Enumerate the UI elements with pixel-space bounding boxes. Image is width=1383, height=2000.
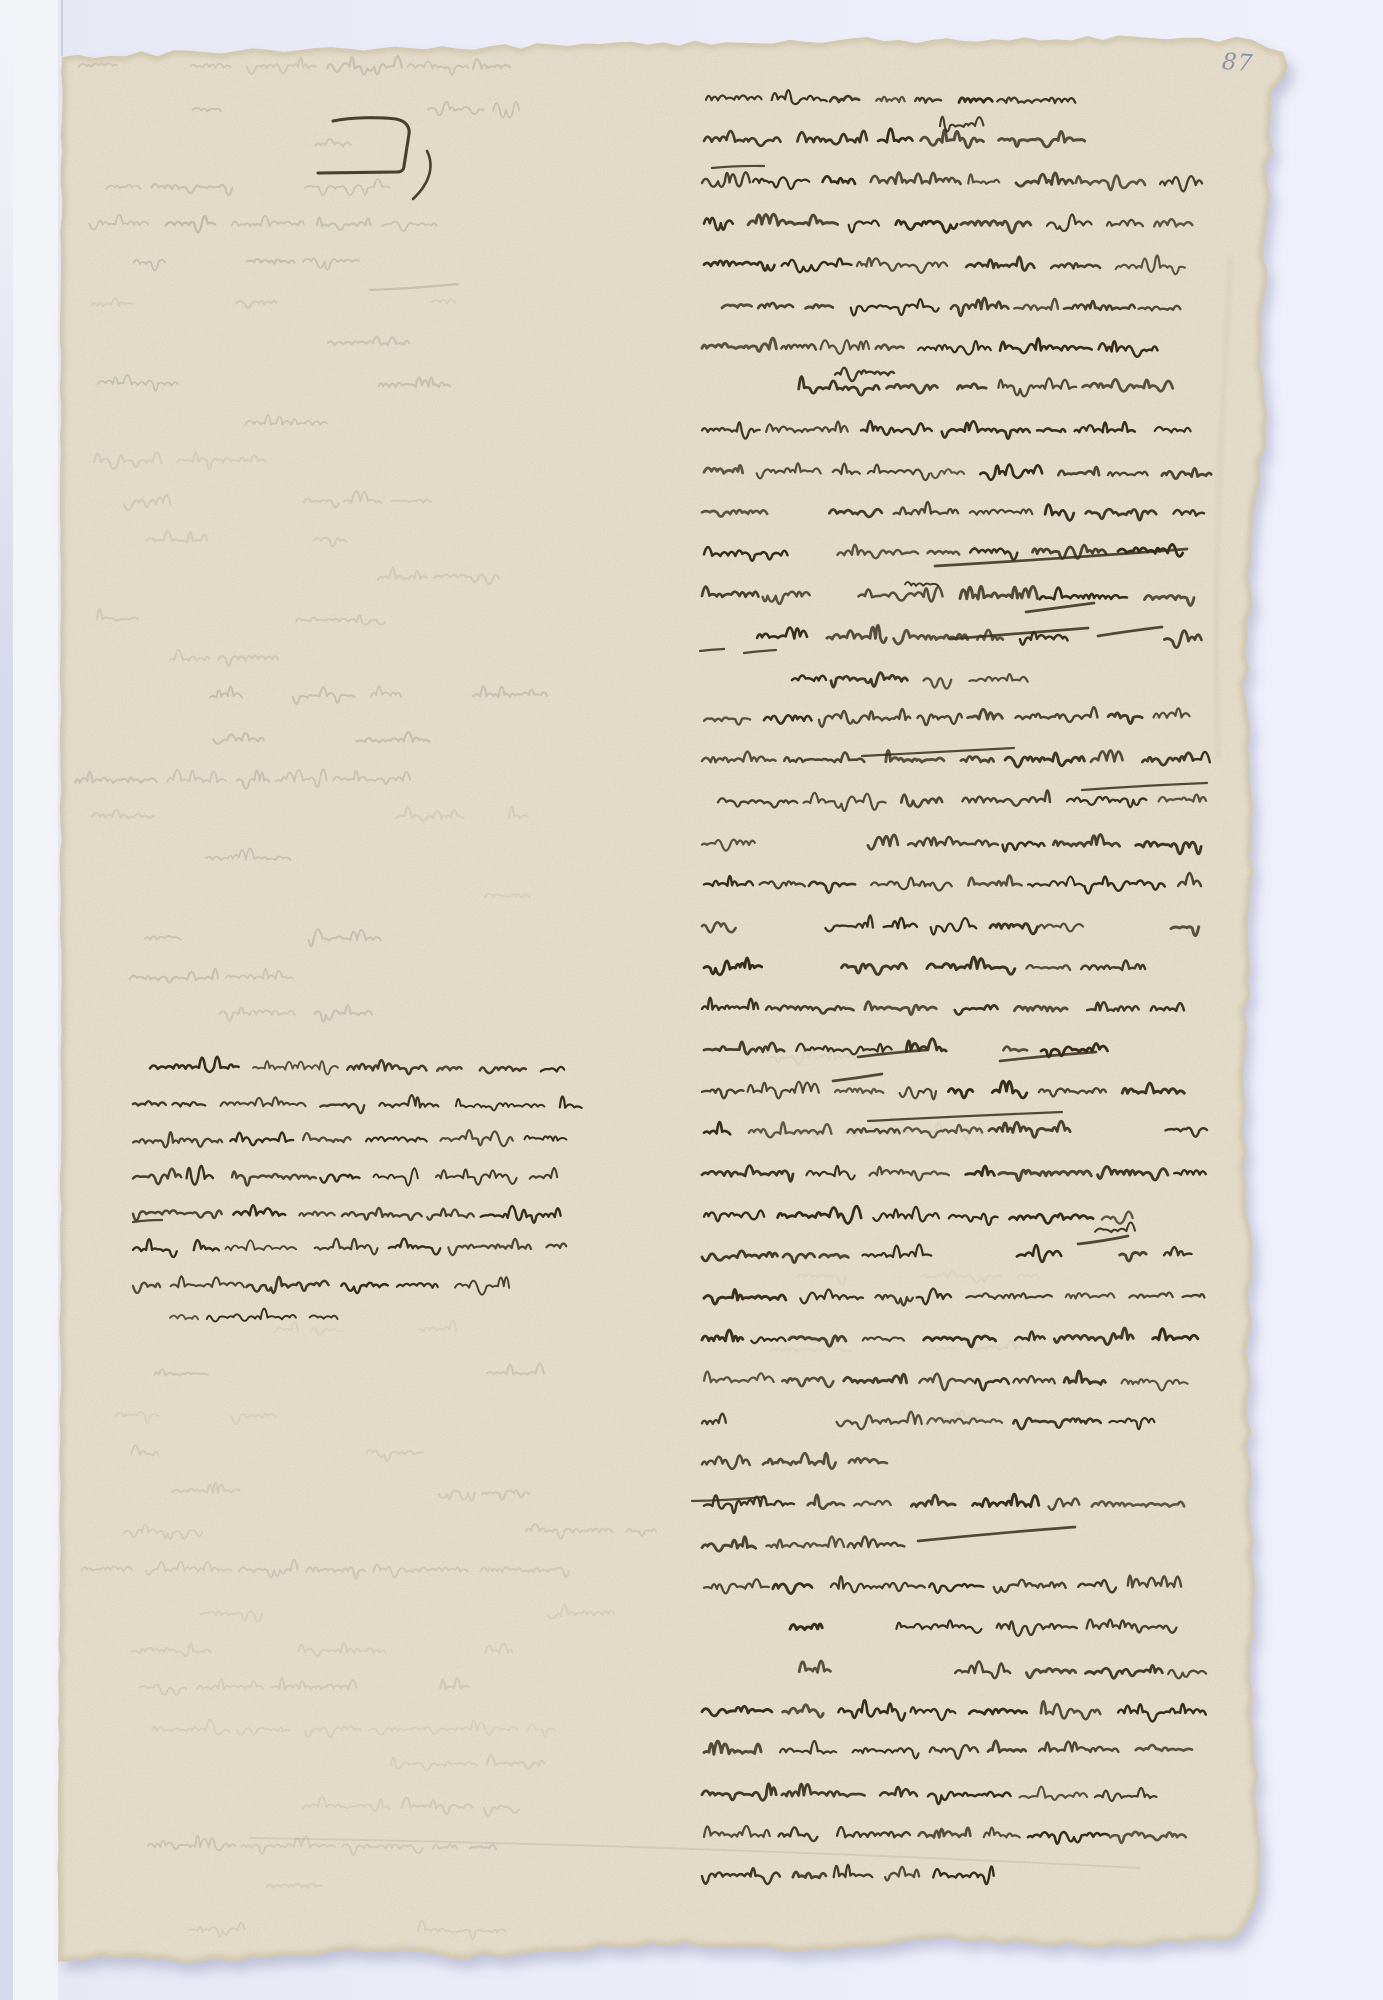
manuscript-page xyxy=(0,0,1383,2000)
paper-speckle-texture xyxy=(40,25,1310,1975)
scanned-manuscript-screenshot: 87 xyxy=(0,0,1383,2000)
page-number: 87 xyxy=(1221,49,1254,77)
